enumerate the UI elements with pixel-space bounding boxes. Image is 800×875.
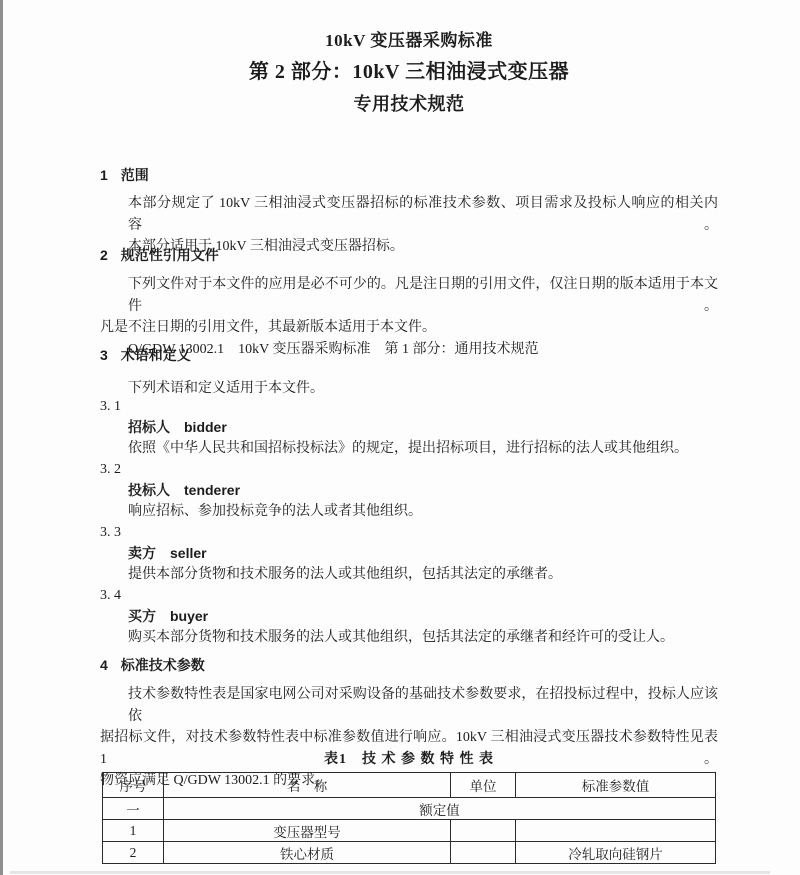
section-2-heading: 2规范性引用文件 — [100, 245, 718, 265]
section-4-number: 4 — [100, 655, 108, 675]
table-caption: 表1 技 术 参 数 特 性 表 — [100, 751, 718, 768]
term-definition: 提供本部分货物和技术服务的法人或其他组织，包括其法定的承继者。 — [100, 564, 718, 585]
section-1-heading: 1范围 — [100, 165, 718, 185]
term-3-1: 3. 1 招标人 bidder 依照《中华人民共和国招标投标法》的规定，提出招标… — [100, 396, 718, 459]
cell-value — [516, 820, 716, 842]
term-3-4: 3. 4 买方 buyer 购买本部分货物和技术服务的法人或其他组织，包括其法定… — [100, 585, 718, 648]
cell-name: 变压器型号 — [164, 820, 451, 842]
col-header-value: 标准参数值 — [516, 773, 716, 798]
section-3-title: 术语和定义 — [121, 347, 191, 363]
doc-title-line-1: 10kV 变压器采购标准 — [100, 29, 718, 53]
section-3-number: 3 — [100, 345, 108, 365]
doc-title-line-3: 专用技术规范 — [100, 91, 718, 117]
document-content: 10kV 变压器采购标准 第 2 部分：10kV 三相油浸式变压器 专用技术规范… — [100, 0, 718, 875]
paragraph-line: 下列文件对于本文件的应用是必不可少的。凡是注日期的引用文件，仅注日期的版本适用于… — [100, 274, 718, 317]
cell-name: 铁心材质 — [164, 842, 451, 864]
section-4-title: 标准技术参数 — [121, 657, 205, 673]
clause-number: 3. 3 — [100, 522, 718, 543]
term-definition: 响应招标、参加投标竞争的法人或者其他组织。 — [100, 501, 718, 522]
clause-number: 3. 2 — [100, 459, 718, 480]
col-header-seq: 序号 — [103, 773, 164, 798]
section-1-number: 1 — [100, 165, 108, 185]
term-name: 招标人 bidder — [100, 417, 718, 438]
table-group-row: 一 额定值 — [103, 798, 716, 820]
cell-seq: 1 — [103, 820, 164, 842]
page-bottom-edge — [10, 871, 770, 874]
term-definition: 购买本部分货物和技术服务的法人或其他组织，包括其法定的承继者和经许可的受让人。 — [100, 627, 718, 648]
cell-value: 冷轧取向硅钢片 — [516, 842, 716, 864]
group-row-number: 一 — [103, 798, 164, 820]
paragraph-line: 技术参数特性表是国家电网公司对采购设备的基础技术参数要求，在招投标过程中，投标人… — [100, 684, 718, 727]
table-row: 1 变压器型号 — [103, 820, 716, 842]
col-header-name: 名 称 — [164, 773, 451, 798]
section-1-title: 范围 — [121, 167, 149, 183]
clause-number: 3. 1 — [100, 396, 718, 417]
term-name: 买方 buyer — [100, 606, 718, 627]
table-header-row: 序号 名 称 单位 标准参数值 — [103, 773, 716, 798]
col-header-unit: 单位 — [451, 773, 516, 798]
section-4-heading: 4标准技术参数 — [100, 655, 718, 675]
section-3-heading: 3术语和定义 — [100, 345, 718, 365]
section-2-title: 规范性引用文件 — [121, 247, 219, 263]
term-definition: 依照《中华人民共和国招标投标法》的规定，提出招标项目，进行招标的法人或其他组织。 — [100, 438, 718, 459]
cell-unit — [451, 842, 516, 864]
group-row-label: 额定值 — [164, 798, 716, 820]
paragraph-line: 本部分规定了 10kV 三相油浸式变压器招标的标准技术参数、项目需求及投标人响应… — [100, 193, 718, 236]
tech-params-table: 序号 名 称 单位 标准参数值 一 额定值 1 变压器型号 2 铁心材质 冷轧取… — [102, 772, 716, 864]
cell-seq: 2 — [103, 842, 164, 864]
term-3-3: 3. 3 卖方 seller 提供本部分货物和技术服务的法人或其他组织，包括其法… — [100, 522, 718, 585]
clause-number: 3. 4 — [100, 585, 718, 606]
term-3-2: 3. 2 投标人 tenderer 响应招标、参加投标竞争的法人或者其他组织。 — [100, 459, 718, 522]
section-2-number: 2 — [100, 245, 108, 265]
doc-title-line-2: 第 2 部分：10kV 三相油浸式变压器 — [100, 58, 718, 86]
document-page: { "document": { "titles": [ "10kV 变压器采购标… — [0, 0, 800, 875]
table-row: 2 铁心材质 冷轧取向硅钢片 — [103, 842, 716, 864]
cell-unit — [451, 820, 516, 842]
term-name: 投标人 tenderer — [100, 480, 718, 501]
paragraph-line: 凡是不注日期的引用文件，其最新版本适用于本文件。 — [100, 317, 718, 339]
page-left-edge — [0, 0, 3, 875]
term-name: 卖方 seller — [100, 543, 718, 564]
